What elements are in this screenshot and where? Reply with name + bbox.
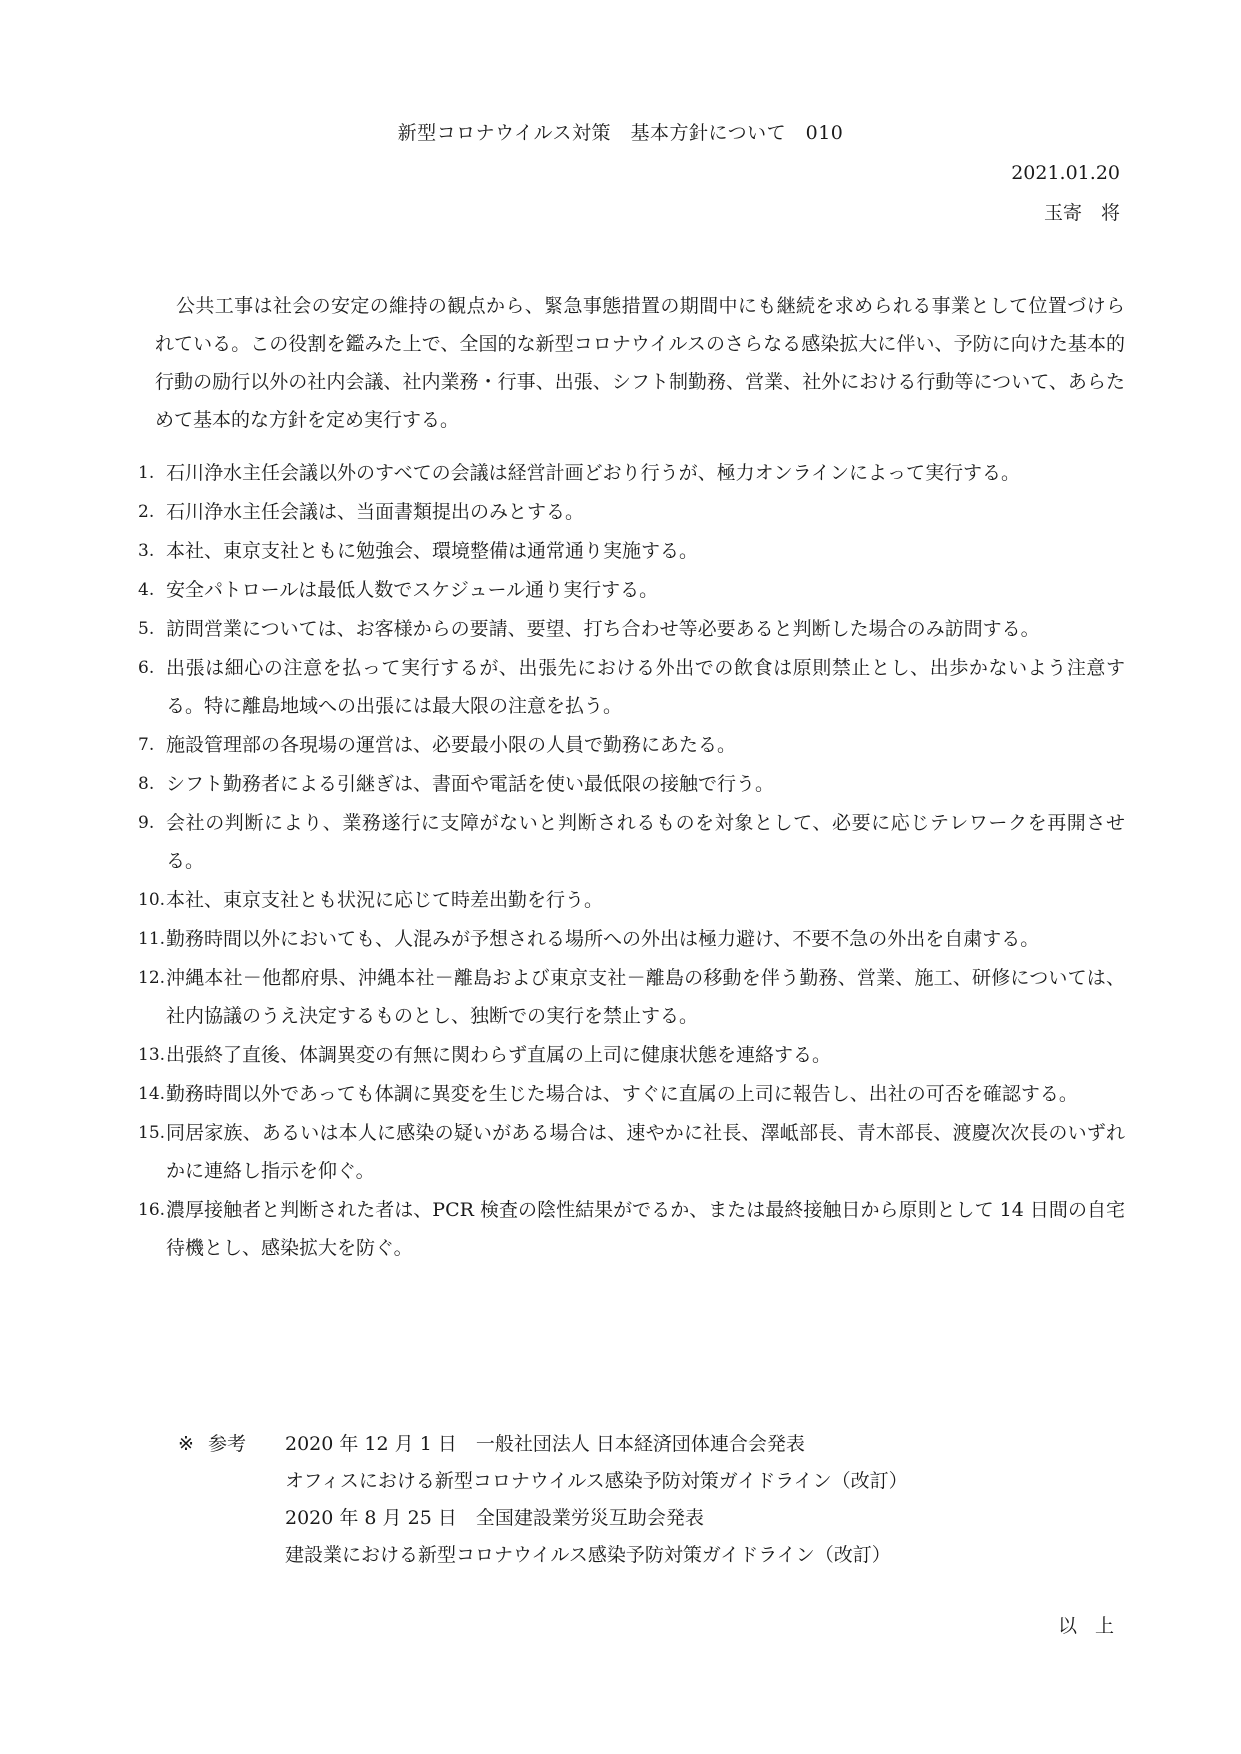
policy-text: 勤務時間以外であっても体調に異変を生じた場合は、すぐに直属の上司に報告し、出社の…: [166, 1075, 1125, 1113]
policy-text: 安全パトロールは最低人数でスケジュール通り実行する。: [166, 571, 1125, 609]
policy-number: 10.: [138, 881, 166, 919]
document-date: 2021.01.20: [1011, 162, 1120, 184]
policy-number: 3.: [138, 532, 166, 570]
policy-number: 4.: [138, 571, 166, 609]
policy-number: 11.: [138, 920, 166, 958]
document-author: 玉寄 将: [1044, 198, 1120, 225]
reference-text: 建設業における新型コロナウイルス感染予防対策ガイドライン（改訂）: [285, 1537, 891, 1574]
policy-item-2: 2. 石川浄水主任会議は、当面書類提出のみとする。: [138, 493, 1125, 531]
policy-item-8: 8. シフト勤務者による引継ぎは、書面や電話を使い最低限の接触で行う。: [138, 765, 1125, 803]
reference-text: オフィスにおける新型コロナウイルス感染予防対策ガイドライン（改訂）: [285, 1463, 908, 1500]
policy-number: 9.: [138, 804, 166, 880]
policy-item-14: 14. 勤務時間以外であっても体調に異変を生じた場合は、すぐに直属の上司に報告し…: [138, 1075, 1125, 1113]
document-title: 新型コロナウイルス対策 基本方針について 010: [0, 118, 1241, 145]
reference-line: 2020 年 8 月 25 日 全国建設業労災互助会発表: [178, 1500, 1128, 1537]
policy-number: 5.: [138, 610, 166, 648]
reference-text: 2020 年 12 月 1 日 一般社団法人 日本経済団体連合会発表: [285, 1426, 805, 1463]
policy-text: 施設管理部の各現場の運営は、必要最小限の人員で勤務にあたる。: [166, 726, 1125, 764]
policy-number: 12.: [138, 959, 166, 1035]
reference-line: 建設業における新型コロナウイルス感染予防対策ガイドライン（改訂）: [178, 1537, 1128, 1574]
reference-text: 2020 年 8 月 25 日 全国建設業労災互助会発表: [285, 1500, 704, 1537]
policy-number: 6.: [138, 649, 166, 725]
policy-item-5: 5. 訪問営業については、お客様からの要請、要望、打ち合わせ等必要あると判断した…: [138, 610, 1125, 648]
policy-number: 14.: [138, 1075, 166, 1113]
policy-text: 濃厚接触者と判断された者は、PCR 検査の陰性結果がでるか、または最終接触日から…: [166, 1191, 1125, 1267]
policy-text: シフト勤務者による引継ぎは、書面や電話を使い最低限の接触で行う。: [166, 765, 1125, 803]
policy-item-7: 7. 施設管理部の各現場の運営は、必要最小限の人員で勤務にあたる。: [138, 726, 1125, 764]
policy-number: 13.: [138, 1036, 166, 1074]
policy-text: 本社、東京支社ともに勉強会、環境整備は通常通り実施する。: [166, 532, 1125, 570]
policy-text: 訪問営業については、お客様からの要請、要望、打ち合わせ等必要あると判断した場合の…: [166, 610, 1125, 648]
policy-text: 出張終了直後、体調異変の有無に関わらず直属の上司に健康状態を連絡する。: [166, 1036, 1125, 1074]
policy-number: 1.: [138, 454, 166, 492]
document-page: 新型コロナウイルス対策 基本方針について 010 2021.01.20 玉寄 将…: [0, 0, 1241, 1754]
policy-text: 石川浄水主任会議以外のすべての会議は経営計画どおり行うが、極力オンラインによって…: [166, 454, 1125, 492]
policy-text: 本社、東京支社とも状況に応じて時差出勤を行う。: [166, 881, 1125, 919]
policy-text: 勤務時間以外においても、人混みが予想される場所への外出は極力避け、不要不急の外出…: [166, 920, 1125, 958]
policy-number: 2.: [138, 493, 166, 531]
policy-number: 7.: [138, 726, 166, 764]
policy-item-6: 6. 出張は細心の注意を払って実行するが、出張先における外出での飲食は原則禁止と…: [138, 649, 1125, 725]
policy-item-9: 9. 会社の判断により、業務遂行に支障がないと判断されるものを対象として、必要に…: [138, 804, 1125, 880]
policy-text: 出張は細心の注意を払って実行するが、出張先における外出での飲食は原則禁止とし、出…: [166, 649, 1125, 725]
policy-text: 同居家族、あるいは本人に感染の疑いがある場合は、速やかに社長、澤岻部長、青木部長…: [166, 1114, 1125, 1190]
policy-item-4: 4. 安全パトロールは最低人数でスケジュール通り実行する。: [138, 571, 1125, 609]
policy-text: 沖縄本社－他都府県、沖縄本社－離島および東京支社－離島の移動を伴う勤務、営業、施…: [166, 959, 1125, 1035]
policy-item-13: 13. 出張終了直後、体調異変の有無に関わらず直属の上司に健康状態を連絡する。: [138, 1036, 1125, 1074]
policy-item-11: 11. 勤務時間以外においても、人混みが予想される場所への外出は極力避け、不要不…: [138, 920, 1125, 958]
policy-number: 15.: [138, 1114, 166, 1190]
policy-item-12: 12. 沖縄本社－他都府県、沖縄本社－離島および東京支社－離島の移動を伴う勤務、…: [138, 959, 1125, 1035]
policy-text: 会社の判断により、業務遂行に支障がないと判断されるものを対象として、必要に応じテ…: [166, 804, 1125, 880]
policy-number: 8.: [138, 765, 166, 803]
policy-text: 石川浄水主任会議は、当面書類提出のみとする。: [166, 493, 1125, 531]
policy-item-1: 1. 石川浄水主任会議以外のすべての会議は経営計画どおり行うが、極力オンラインに…: [138, 454, 1125, 492]
reference-label: 参考: [208, 1426, 285, 1463]
policy-item-16: 16. 濃厚接触者と判断された者は、PCR 検査の陰性結果がでるか、または最終接…: [138, 1191, 1125, 1267]
reference-line: ※ 参考 2020 年 12 月 1 日 一般社団法人 日本経済団体連合会発表: [178, 1426, 1128, 1463]
reference-line: オフィスにおける新型コロナウイルス感染予防対策ガイドライン（改訂）: [178, 1463, 1128, 1500]
policy-item-15: 15. 同居家族、あるいは本人に感染の疑いがある場合は、速やかに社長、澤岻部長、…: [138, 1114, 1125, 1190]
reference-mark: ※: [178, 1426, 208, 1463]
references-section: ※ 参考 2020 年 12 月 1 日 一般社団法人 日本経済団体連合会発表 …: [178, 1426, 1128, 1574]
intro-paragraph: 公共工事は社会の安定の維持の観点から、緊急事態措置の期間中にも継続を求められる事…: [155, 287, 1125, 439]
policy-number: 16.: [138, 1191, 166, 1267]
closing-mark: 以 上: [1058, 1611, 1120, 1638]
policy-item-3: 3. 本社、東京支社ともに勉強会、環境整備は通常通り実施する。: [138, 532, 1125, 570]
policy-list: 1. 石川浄水主任会議以外のすべての会議は経営計画どおり行うが、極力オンラインに…: [138, 454, 1125, 1268]
policy-item-10: 10. 本社、東京支社とも状況に応じて時差出勤を行う。: [138, 881, 1125, 919]
